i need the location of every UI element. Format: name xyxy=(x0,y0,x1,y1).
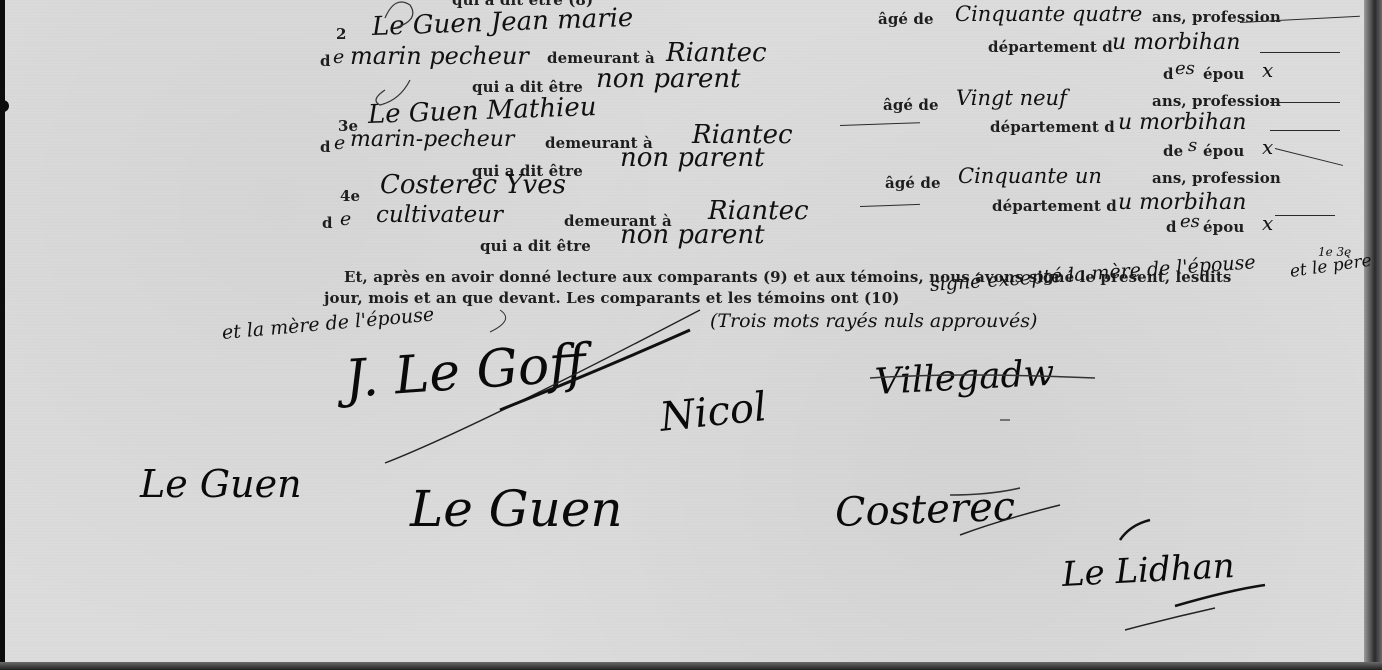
fill-line xyxy=(1275,148,1343,166)
page-left-notch xyxy=(3,100,9,112)
profession-prefix-hand: e xyxy=(340,208,351,230)
departement-label: département d xyxy=(992,197,1117,215)
approval-note: (Trois mots rayés nuls approuvés) xyxy=(710,310,1037,332)
profession-prefix: d xyxy=(320,52,331,70)
fill-line xyxy=(840,122,920,126)
ans-profession-label: ans, profession xyxy=(1152,169,1281,187)
age-label: âgé de xyxy=(883,96,939,114)
epoux-prefix-hand: es xyxy=(1180,211,1200,232)
epoux-prefix-hand: es xyxy=(1175,58,1195,79)
age-value: Cinquante un xyxy=(958,164,1102,188)
closing-line-2: jour, mois et an que devant. Les compara… xyxy=(324,289,899,307)
epoux-suffix-hand: x xyxy=(1262,135,1273,159)
fill-line xyxy=(860,204,920,207)
profession-prefix: d xyxy=(320,138,331,156)
departement-label: département d xyxy=(990,118,1115,136)
epoux-prefix-hand: s xyxy=(1188,135,1197,156)
ans-profession-label: ans, profession xyxy=(1152,8,1281,26)
profession-value: marin-pecheur xyxy=(350,127,514,152)
closing-line-2-hand: signé excepté la mère de l'épouse xyxy=(929,251,1256,296)
departement-value: u morbihan xyxy=(1118,110,1246,135)
signature-le-goff: J. Le Goff xyxy=(343,333,588,410)
relation-label: qui a dit être xyxy=(480,237,591,255)
fill-line xyxy=(1275,215,1335,216)
signature-le-guen-2: Le Guen xyxy=(410,480,623,538)
fill-line xyxy=(1260,52,1340,53)
relation-value: non parent xyxy=(620,143,765,173)
epoux-label: épou xyxy=(1203,142,1244,160)
profession-prefix-hand: e xyxy=(333,46,344,68)
document-page: qui a dit être (8) 2 Le Guen Jean marie … xyxy=(0,0,1382,670)
witness-number: 4e xyxy=(340,187,360,205)
epoux-prefix: de xyxy=(1163,142,1183,160)
page-bottom-edge xyxy=(0,662,1382,670)
ans-profession-label: ans, profession xyxy=(1152,92,1281,110)
age-label: âgé de xyxy=(878,10,934,28)
relation-value: non parent xyxy=(620,220,765,250)
witness-name: Le Guen Jean marie xyxy=(371,3,633,42)
epoux-suffix-hand: x xyxy=(1262,58,1273,82)
witness-name: Costerec Yves xyxy=(380,170,566,200)
profession-value: marin pecheur xyxy=(350,42,529,70)
margin-note: 1e 3e xyxy=(1318,245,1351,259)
profession-prefix-hand: e xyxy=(334,132,345,154)
signature-villegadw: Villegadw xyxy=(874,353,1055,403)
departement-value: u morbihan xyxy=(1112,30,1240,55)
epoux-suffix-hand: x xyxy=(1262,211,1273,235)
fill-line xyxy=(1270,102,1340,103)
fill-line xyxy=(1270,130,1340,131)
departement-label: département d xyxy=(988,38,1113,56)
epoux-prefix: d xyxy=(1163,65,1174,83)
signature-nicol: Nicol xyxy=(658,384,769,441)
age-value: Vingt neuf xyxy=(956,86,1067,110)
epoux-label: épou xyxy=(1203,65,1244,83)
age-label: âgé de xyxy=(885,174,941,192)
signature-le-guen-1: Le Guen xyxy=(140,462,302,506)
witness-name: Le Guen Mathieu xyxy=(367,92,597,130)
signature-costerec: Costerec xyxy=(834,484,1016,536)
profession-value: cultivateur xyxy=(376,202,503,228)
closing-line-3-hand: et la mère de l'épouse xyxy=(221,303,435,343)
epoux-prefix: d xyxy=(1166,218,1177,236)
page-binding-edge xyxy=(1364,0,1382,670)
age-value: Cinquante quatre xyxy=(955,2,1142,26)
profession-prefix: d xyxy=(322,214,333,232)
relation-value: non parent xyxy=(596,64,741,94)
witness-number: 2 xyxy=(336,25,347,43)
signature-le-lidhan: Le Lidhan xyxy=(1061,546,1236,595)
epoux-label: épou xyxy=(1203,218,1244,236)
